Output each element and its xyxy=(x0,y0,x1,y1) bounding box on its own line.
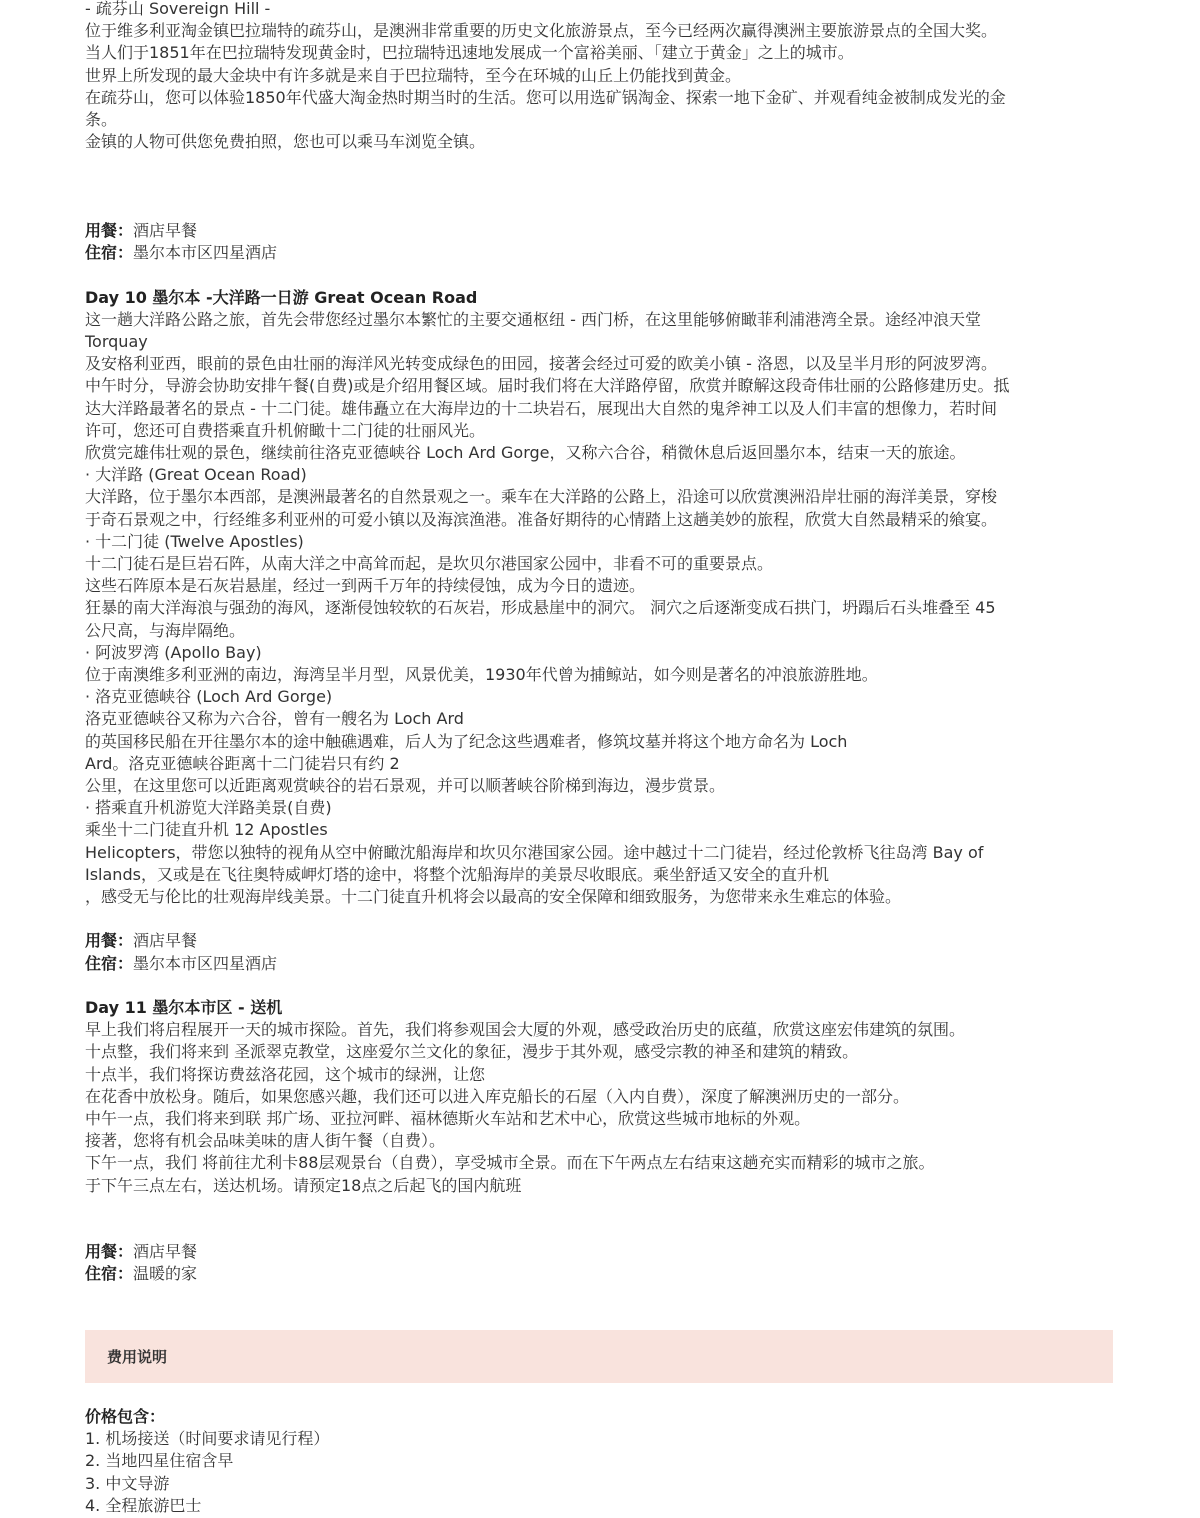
included-item: 2. 当地四星住宿含早 xyxy=(85,1450,1115,1472)
paragraph-line: 接著，您将有机会品味美味的唐人街午餐（自费）。 xyxy=(85,1130,1115,1152)
paragraph-line: 金镇的人物可供您免费拍照，您也可以乘马车浏览全镇。 xyxy=(85,131,1115,153)
meal-info: 用餐：酒店早餐 xyxy=(85,220,1115,242)
included-item: 4. 全程旅游巴士 xyxy=(85,1495,1115,1517)
meal-value: 酒店早餐 xyxy=(133,931,197,950)
bullet-heading: · 十二门徒 (Twelve Apostles) xyxy=(85,531,1115,553)
paragraph-line: 早上我们将启程展开一天的城市探险。首先，我们将参观国会大厦的外观，感受政治历史的… xyxy=(85,1019,1115,1041)
paragraph-line: 于下午三点左右，送达机场。请预定18点之后起飞的国内航班 xyxy=(85,1175,1115,1197)
meal-info: 用餐：酒店早餐 xyxy=(85,930,1115,952)
paragraph-line: 位于南澳维多利亚洲的南边，海湾呈半月型，风景优美，1930年代曾为捕鲸站，如今则… xyxy=(85,664,1115,686)
paragraph-line: 欣赏完雄伟壮观的景色，继续前往洛克亚德峡谷 Loch Ard Gorge，又称六… xyxy=(85,442,1115,464)
paragraph-line: 乘坐十二门徒直升机 12 Apostles xyxy=(85,819,1115,841)
paragraph-line: 条。 xyxy=(85,109,1115,131)
meal-value: 酒店早餐 xyxy=(133,221,197,240)
stay-label: 住宿： xyxy=(85,954,133,973)
paragraph-line: Torquay xyxy=(85,331,1115,353)
meal-label: 用餐： xyxy=(85,931,133,950)
included-item: 3. 中文导游 xyxy=(85,1473,1115,1495)
attraction-heading: - 疏芬山 Sovereign Hill - xyxy=(85,0,1115,20)
stay-label: 住宿： xyxy=(85,1264,133,1283)
paragraph-line: 十二门徒石是巨岩石阵，从南大洋之中高耸而起，是坎贝尔港国家公园中，非看不可的重要… xyxy=(85,553,1115,575)
paragraph-line: 十点整，我们将来到 圣派翠克教堂，这座爱尔兰文化的象征，漫步于其外观，感受宗教的… xyxy=(85,1041,1115,1063)
paragraph-line: 这一趟大洋路公路之旅，首先会带您经过墨尔本繁忙的主要交通枢纽 - 西门桥，在这里… xyxy=(85,309,1115,331)
meal-label: 用餐： xyxy=(85,221,133,240)
paragraph-line: 下午一点，我们 将前往尤利卡88层观景台（自费），享受城市全景。而在下午两点左右… xyxy=(85,1152,1115,1174)
stay-value: 墨尔本市区四星酒店 xyxy=(133,954,277,973)
bullet-heading: · 大洋路 (Great Ocean Road) xyxy=(85,464,1115,486)
included-label: 价格包含： xyxy=(85,1406,1115,1428)
paragraph-line: 当人们于1851年在巴拉瑞特发现黄金时，巴拉瑞特迅速地发展成一个富裕美丽、「建立… xyxy=(85,42,1115,64)
stay-value: 温暖的家 xyxy=(133,1264,197,1283)
paragraph-line: ，感受无与伦比的壮观海岸线美景。十二门徒直升机将会以最高的安全保障和细致服务，为… xyxy=(85,886,1115,908)
paragraph-line: 大洋路，位于墨尔本西部，是澳洲最著名的自然景观之一。乘车在大洋路的公路上，沿途可… xyxy=(85,486,1115,508)
paragraph-line: 这些石阵原本是石灰岩悬崖，经过一到两千万年的持续侵蚀，成为今日的遗迹。 xyxy=(85,575,1115,597)
meal-info: 用餐：酒店早餐 xyxy=(85,1241,1115,1263)
paragraph-line: 公尺高，与海岸隔绝。 xyxy=(85,620,1115,642)
paragraph-line: 达大洋路最著名的景点 - 十二门徒。雄伟矗立在大海岸边的十二块岩石，展现出大自然… xyxy=(85,398,1115,420)
paragraph-line: 中午时分，导游会协助安排午餐(自费)或是介绍用餐区域。届时我们将在大洋路停留，欣… xyxy=(85,375,1115,397)
day11-title: Day 11 墨尔本市区 - 送机 xyxy=(85,997,1115,1019)
paragraph-line: 许可，您还可自费搭乘直升机俯瞰十二门徒的壮丽风光。 xyxy=(85,420,1115,442)
paragraph-line: 位于维多利亚淘金镇巴拉瑞特的疏芬山，是澳洲非常重要的历史文化旅游景点，至今已经两… xyxy=(85,20,1115,42)
itinerary-content: - 疏芬山 Sovereign Hill - 位于维多利亚淘金镇巴拉瑞特的疏芬山… xyxy=(85,0,1115,1286)
paragraph-line: 十点半，我们将探访费兹洛花园，这个城市的绿洲，让您 xyxy=(85,1064,1115,1086)
day10-title: Day 10 墨尔本 -大洋路一日游 Great Ocean Road xyxy=(85,287,1115,309)
paragraph-line: 在花香中放松身。随后，如果您感兴趣，我们还可以进入库克船长的石屋（入内自费），深… xyxy=(85,1086,1115,1108)
paragraph-line: Ard。洛克亚德峡谷距离十二门徒岩只有约 2 xyxy=(85,753,1115,775)
fee-content: 价格包含： 1. 机场接送（时间要求请见行程） 2. 当地四星住宿含早 3. 中… xyxy=(85,1406,1115,1517)
paragraph-line: Islands，又或是在飞往奥特威岬灯塔的途中，将整个沈船海岸的美景尽收眼底。乘… xyxy=(85,864,1115,886)
bullet-heading: · 洛克亚德峡谷 (Loch Ard Gorge) xyxy=(85,686,1115,708)
stay-label: 住宿： xyxy=(85,243,133,262)
bullet-heading: · 搭乘直升机游览大洋路美景(自费) xyxy=(85,797,1115,819)
fee-section-header: 费用说明 xyxy=(85,1330,1113,1383)
paragraph-line: Helicopters，带您以独特的视角从空中俯瞰沈船海岸和坎贝尔港国家公园。途… xyxy=(85,842,1115,864)
stay-info: 住宿：温暖的家 xyxy=(85,1263,1115,1285)
included-item: 1. 机场接送（时间要求请见行程） xyxy=(85,1428,1115,1450)
meal-label: 用餐： xyxy=(85,1242,133,1261)
bullet-heading: · 阿波罗湾 (Apollo Bay) xyxy=(85,642,1115,664)
paragraph-line: 在疏芬山，您可以体验1850年代盛大淘金热时期当时的生活。您可以用选矿锅淘金、探… xyxy=(85,87,1115,109)
paragraph-line: 世界上所发现的最大金块中有许多就是来自于巴拉瑞特，至今在环城的山丘上仍能找到黄金… xyxy=(85,65,1115,87)
paragraph-line: 中午一点，我们将来到联 邦广场、亚拉河畔、福林德斯火车站和艺术中心，欣赏这些城市… xyxy=(85,1108,1115,1130)
paragraph-line: 于奇石景观之中，行经维多利亚州的可爱小镇以及海滨渔港。准备好期待的心情踏上这趟美… xyxy=(85,509,1115,531)
stay-info: 住宿：墨尔本市区四星酒店 xyxy=(85,953,1115,975)
stay-value: 墨尔本市区四星酒店 xyxy=(133,243,277,262)
paragraph-line: 公里，在这里您可以近距离观赏峡谷的岩石景观，并可以顺著峡谷阶梯到海边，漫步赏景。 xyxy=(85,775,1115,797)
paragraph-line: 狂暴的南大洋海浪与强劲的海风，逐渐侵蚀较软的石灰岩，形成悬崖中的洞穴。 洞穴之后… xyxy=(85,597,1115,619)
paragraph-line: 的英国移民船在开往墨尔本的途中触礁遇难，后人为了纪念这些遇难者，修筑坟墓并将这个… xyxy=(85,731,1115,753)
paragraph-line: 及安格利亚西，眼前的景色由壮丽的海洋风光转变成绿色的田园，接著会经过可爱的欧美小… xyxy=(85,353,1115,375)
paragraph-line: 洛克亚德峡谷又称为六合谷，曾有一艘名为 Loch Ard xyxy=(85,708,1115,730)
stay-info: 住宿：墨尔本市区四星酒店 xyxy=(85,242,1115,264)
meal-value: 酒店早餐 xyxy=(133,1242,197,1261)
fee-section-title: 费用说明 xyxy=(107,1346,167,1367)
